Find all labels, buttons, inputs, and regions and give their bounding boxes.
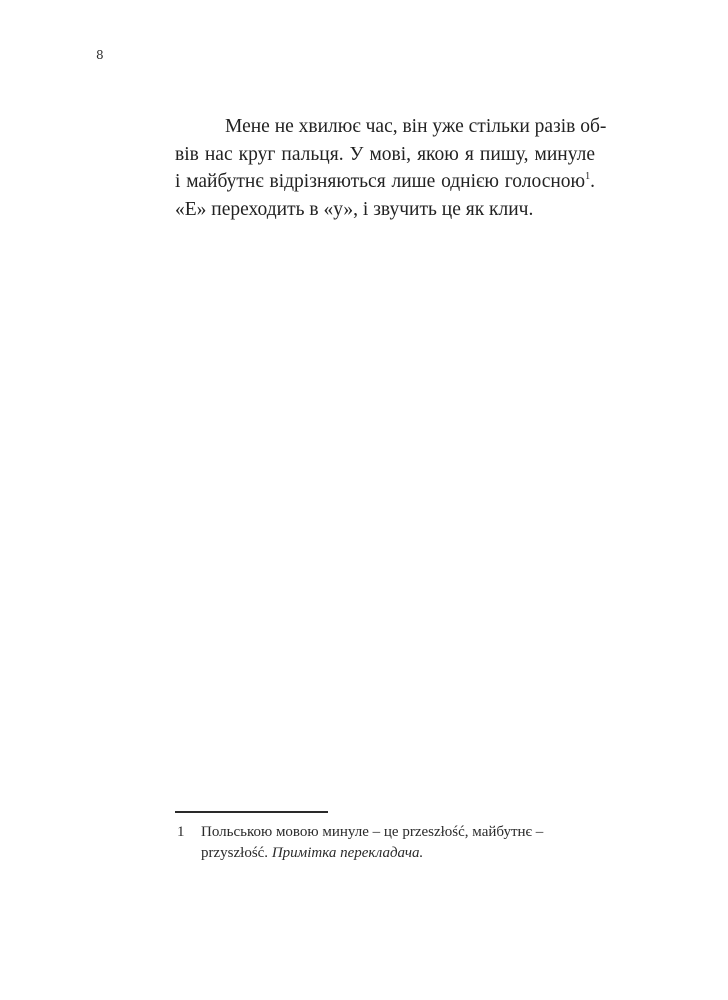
page-number: 8 (96, 48, 104, 62)
footnote-number: 1 (177, 822, 185, 843)
footnote-body: Польською мовою минуле – це przeszłość, … (201, 822, 595, 864)
footnote-line: Польською мовою минуле – це przeszłość, … (201, 822, 595, 843)
body-paragraph: Мене не хвилює час, він уже стільки разі… (175, 113, 595, 223)
body-line: вів нас круг пальця. У мові, якою я пишу… (175, 141, 595, 169)
footnote-line: przyszłość. Примітка перекладача. (201, 843, 595, 864)
body-line-text: і майбутнє відрізняються лише однією гол… (175, 171, 585, 192)
body-line-punct: . (590, 171, 595, 192)
body-line: Мене не хвилює час, він уже стільки разі… (175, 113, 595, 141)
body-line: «Е» переходить в «у», і звучить це як кл… (175, 196, 595, 224)
footnote-text: przyszłość. (201, 845, 268, 861)
body-line: і майбутнє відрізняються лише однією гол… (175, 168, 595, 196)
translator-note: Примітка перекладача. (272, 845, 423, 861)
footnote-divider (175, 811, 328, 813)
footnote: 1 Польською мовою минуле – це przeszłość… (175, 822, 595, 864)
